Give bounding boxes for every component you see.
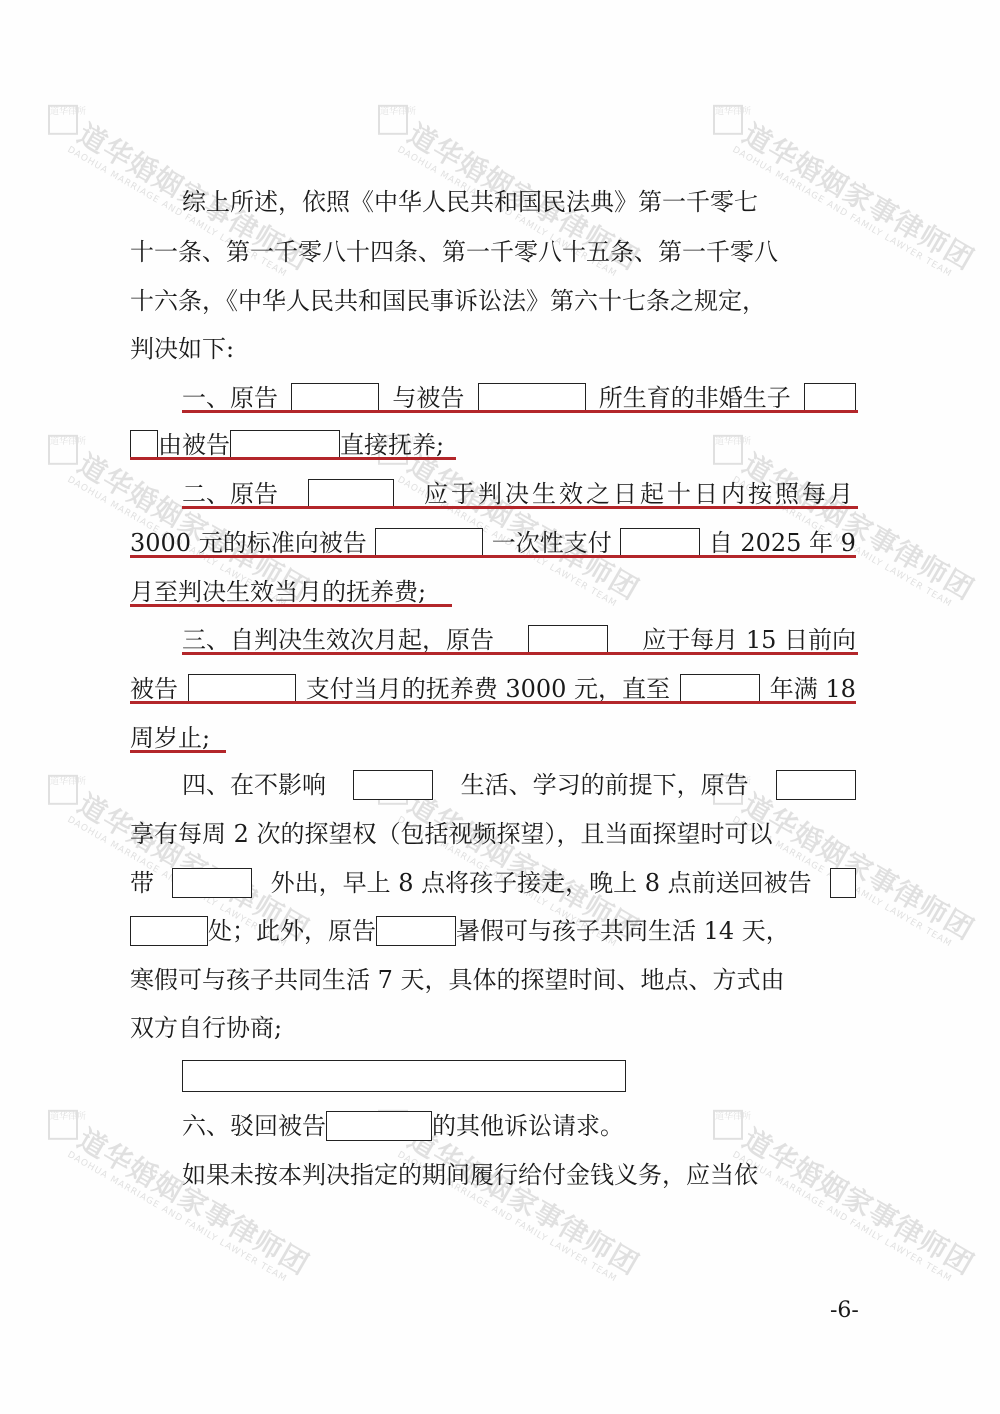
item4-line-1: 四、在不影响 生活、学习的前提下，原告 xyxy=(182,768,856,802)
redaction-box xyxy=(376,916,456,946)
item4-line-5: 寒假可与孩子共同生活 7 天，具体的探望时间、地点、方式由 xyxy=(130,963,856,997)
redaction-box xyxy=(130,430,158,460)
redaction-box xyxy=(375,528,483,558)
redaction-box xyxy=(130,916,208,946)
text: 处；此外，原告 xyxy=(208,914,376,948)
text: 带 xyxy=(130,866,154,900)
intro-line-4: 判决如下: xyxy=(130,332,856,366)
redaction-box xyxy=(528,625,608,655)
text: 享有每周 2 次的探望权（包括视频探望），且当面探望时可以 xyxy=(130,817,773,851)
text: 六、驳回被告 xyxy=(182,1109,326,1143)
red-underline xyxy=(130,604,452,607)
red-underline xyxy=(182,506,858,509)
watermark-text-cn: 道华婚姻家事律师团 xyxy=(402,1122,645,1281)
text: 生活、学习的前提下，原告 xyxy=(461,768,749,802)
text: 的其他诉讼请求。 xyxy=(432,1109,624,1143)
redaction-box xyxy=(188,674,296,704)
text: 四、在不影响 xyxy=(182,768,326,802)
intro-line-2: 十一条、第一千零八十四条、第一千零八十五条、第一千零八 xyxy=(130,235,856,269)
intro-line-1: 综上所述，依照《中华人民共和国民法典》第一千零七 xyxy=(182,185,856,219)
redaction-box xyxy=(326,1111,432,1141)
red-underline xyxy=(182,652,858,655)
redaction-box xyxy=(478,383,586,413)
watermark-seal-icon: 道华律所 xyxy=(48,105,78,135)
item6-line-1: 六、驳回被告 的其他诉讼请求。 xyxy=(182,1109,856,1143)
text: 十六条，《中华人民共和国民事诉讼法》第六十七条之规定， xyxy=(130,284,766,318)
red-underline xyxy=(130,555,856,558)
watermark-text-cn: 道华婚姻家事律师团 xyxy=(72,1122,315,1281)
text: 十一条、第一千零八十四条、第一千零八十五条、第一千零八 xyxy=(130,235,778,269)
red-underline xyxy=(182,410,858,413)
redaction-box xyxy=(830,868,856,898)
redaction-box xyxy=(308,479,394,509)
text: 暑假可与孩子共同生活 14 天， xyxy=(456,914,790,948)
watermark-seal-icon: 道华律所 xyxy=(48,1110,78,1140)
red-underline xyxy=(130,750,226,753)
text: 如果未按本判决指定的期间履行给付金钱义务，应当依 xyxy=(182,1158,758,1192)
text: 双方自行协商; xyxy=(130,1011,282,1045)
redaction-box xyxy=(230,430,340,460)
intro-line-3: 十六条，《中华人民共和国民事诉讼法》第六十七条之规定， xyxy=(130,284,856,318)
watermark-seal-icon: 道华律所 xyxy=(378,105,408,135)
item4-line-6: 双方自行协商; xyxy=(130,1011,856,1045)
closing-line-1: 如果未按本判决指定的期间履行给付金钱义务，应当依 xyxy=(182,1158,856,1192)
red-underline xyxy=(130,457,456,460)
redaction-box xyxy=(620,528,700,558)
red-underline xyxy=(130,701,856,704)
redaction-box xyxy=(680,674,760,704)
text: 判决如下: xyxy=(130,332,234,366)
redaction-box xyxy=(353,770,433,800)
watermark-seal-icon: 道华律所 xyxy=(48,775,78,805)
text: 外出，早上 8 点将孩子接走，晚上 8 点前送回被告 xyxy=(271,866,812,900)
text: 寒假可与孩子共同生活 7 天，具体的探望时间、地点、方式由 xyxy=(130,963,785,997)
text: 综上所述，依照《中华人民共和国民法典》第一千零七 xyxy=(182,185,758,219)
item3-line-3: 周岁止; xyxy=(130,721,856,755)
document-page: 道华律所道华婚姻家事律师团 DAOHUA MARRIAGE AND FAMILY… xyxy=(0,0,1000,1414)
redaction-box xyxy=(172,868,252,898)
page-number: -6- xyxy=(830,1298,859,1323)
redaction-box xyxy=(291,383,379,413)
redaction-box xyxy=(776,770,856,800)
item4-line-2: 享有每周 2 次的探望权（包括视频探望），且当面探望时可以 xyxy=(130,817,856,851)
watermark-text-cn: 道华婚姻家事律师团 xyxy=(737,1122,980,1281)
redaction-box-item5 xyxy=(182,1060,626,1092)
item4-line-3: 带 外出，早上 8 点将孩子接走，晚上 8 点前送回被告 xyxy=(130,866,856,900)
redaction-box xyxy=(804,383,856,413)
watermark-seal-icon: 道华律所 xyxy=(713,105,743,135)
watermark-seal-icon: 道华律所 xyxy=(48,435,78,465)
item4-line-4: 处；此外，原告 暑假可与孩子共同生活 14 天， xyxy=(130,914,856,948)
